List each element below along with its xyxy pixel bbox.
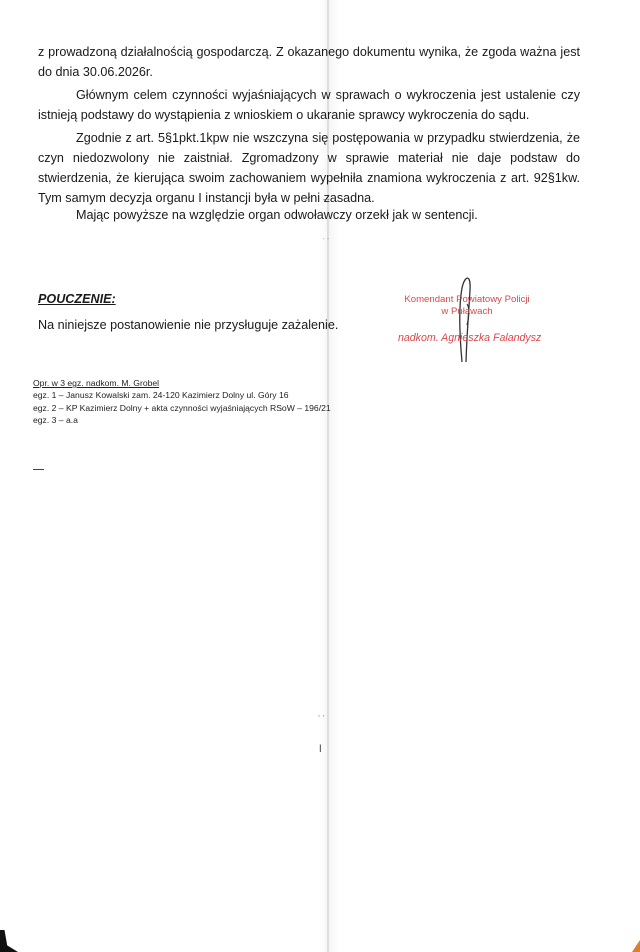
paragraph-line: stwierdzenia, że kierująca swoim zachowa… xyxy=(38,168,580,188)
fold-mark: ˋ ˊ xyxy=(318,716,325,723)
instruction-heading: POUCZENIE: xyxy=(38,292,116,306)
margin-dash xyxy=(33,469,44,470)
paragraph-line: istnieją podstawy do wystąpienia z wnios… xyxy=(38,105,580,125)
paragraph-line: z prowadzoną działalnością gospodarczą. … xyxy=(38,42,580,62)
paragraph-consent-validity: z prowadzoną działalnością gospodarczą. … xyxy=(38,42,580,82)
paragraph-line: czyn niedozwolony nie zaistniał. Zgromad… xyxy=(38,148,580,168)
stamp-title: Komendant Powiatowy Policji xyxy=(392,294,542,306)
paragraph-line: Zgodnie z art. 5§1pkt.1kpw nie wszczyna … xyxy=(38,128,580,148)
official-stamp: Komendant Powiatowy Policji w Puławach xyxy=(392,294,542,318)
stamp-location: w Puławach xyxy=(392,306,542,318)
paragraph-line: Mając powyższe na względzie organ odwoła… xyxy=(38,205,580,225)
paragraph-purpose: Głównym celem czynności wyjaśniających w… xyxy=(38,85,580,125)
paragraph-conclusion: Mając powyższe na względzie organ odwoła… xyxy=(38,205,580,225)
paragraph-legal-basis: Zgodnie z art. 5§1pkt.1kpw nie wszczyna … xyxy=(38,128,580,208)
paragraph-line: do dnia 30.06.2026r. xyxy=(38,62,580,82)
paragraph-line: Głównym celem czynności wyjaśniających w… xyxy=(38,85,580,105)
distribution-copy: egz. 3 – a.a xyxy=(33,414,331,426)
distribution-header: Opr. w 3 egz. nadkom. M. Grobel xyxy=(33,377,331,389)
instruction-text: Na niniejsze postanowienie nie przysługu… xyxy=(38,318,338,332)
fold-mark: - - xyxy=(323,197,330,204)
fold-mark: ˙ ˙ xyxy=(323,239,330,246)
stamp-signatory: nadkom. Agnieszka Falandysz xyxy=(398,332,541,344)
fold-mark: ǀ xyxy=(319,744,322,755)
distribution-copy: egz. 1 – Janusz Kowalski zam. 24-120 Kaz… xyxy=(33,389,331,401)
distribution-copy: egz. 2 – KP Kazimierz Dolny + akta czynn… xyxy=(33,402,331,414)
scan-corner-edge xyxy=(632,940,640,952)
distribution-list: Opr. w 3 egz. nadkom. M. Grobel egz. 1 –… xyxy=(33,377,331,427)
scan-corner-shadow xyxy=(0,930,18,952)
